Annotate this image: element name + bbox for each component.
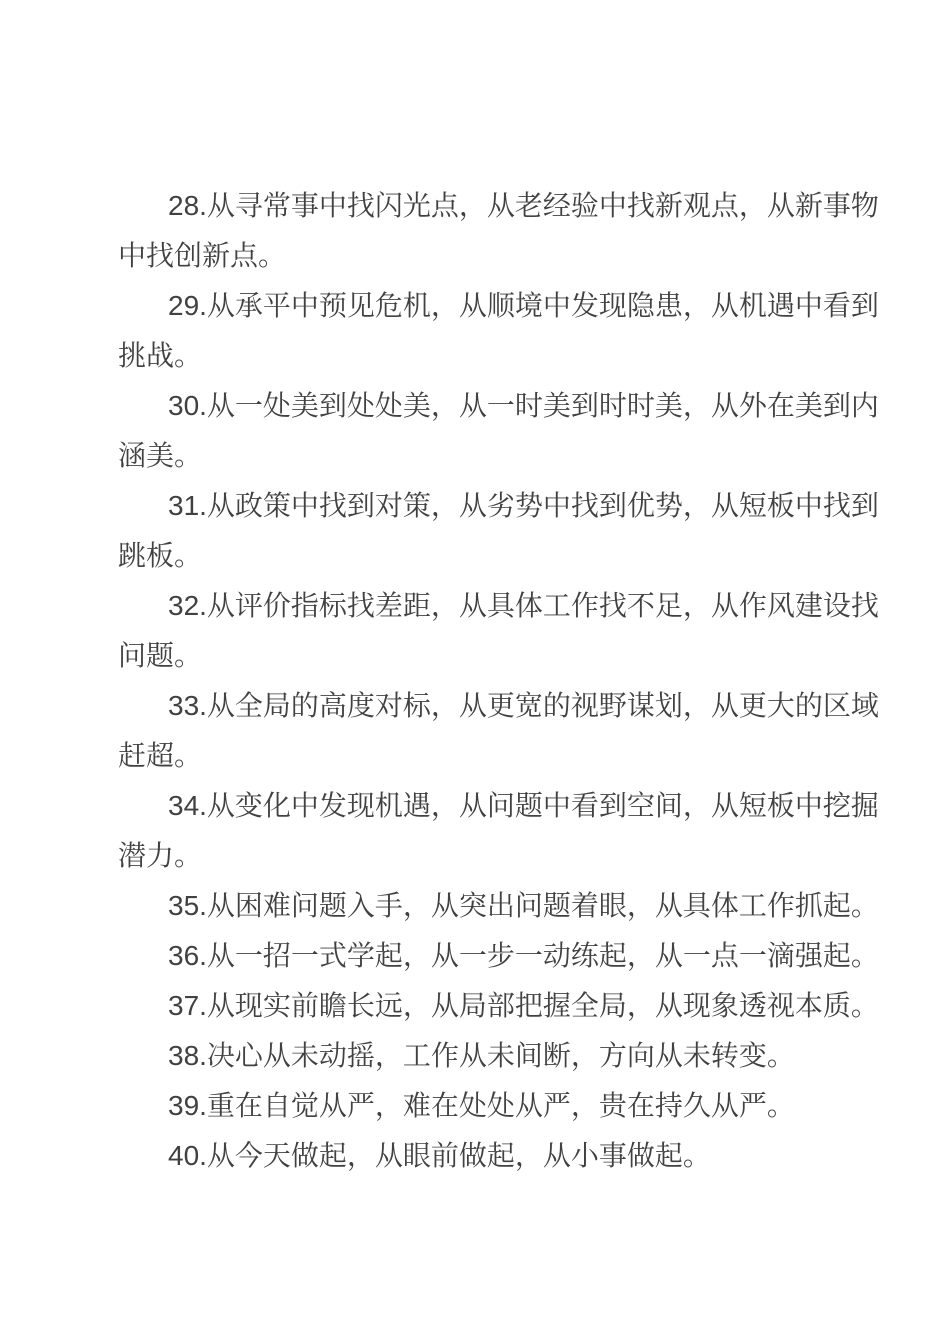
item-34-line-2: 潜力。 [118,831,862,881]
list-item-37: 37.从现实前瞻长远，从局部把握全局，从现象透视本质。 [118,981,862,1031]
list-item-39: 39.重在自觉从严，难在处处从严，贵在持久从严。 [118,1081,862,1131]
list-item-35: 35.从困难问题入手，从突出问题着眼，从具体工作抓起。 [118,881,862,931]
item-39-line-1: 39.重在自觉从严，难在处处从严，贵在持久从严。 [118,1081,862,1131]
item-29-line-1: 29.从承平中预见危机，从顺境中发现隐患，从机遇中看到 [118,281,862,331]
item-30-line-1: 30.从一处美到处处美，从一时美到时时美，从外在美到内 [118,381,862,431]
item-38-line-1: 38.决心从未动摇，工作从未间断，方向从未转变。 [118,1031,862,1081]
item-31-line-2: 跳板。 [118,531,862,581]
item-32-line-1: 32.从评价指标找差距，从具体工作找不足，从作风建设找 [118,581,862,631]
list-item-36: 36.从一招一式学起，从一步一动练起，从一点一滴强起。 [118,931,862,981]
item-37-line-1: 37.从现实前瞻长远，从局部把握全局，从现象透视本质。 [118,981,862,1031]
list-item-30: 30.从一处美到处处美，从一时美到时时美，从外在美到内 涵美。 [118,381,862,481]
item-30-line-2: 涵美。 [118,431,862,481]
list-item-33: 33.从全局的高度对标，从更宽的视野谋划，从更大的区域 赶超。 [118,681,862,781]
list-item-38: 38.决心从未动摇，工作从未间断，方向从未转变。 [118,1031,862,1081]
item-36-line-1: 36.从一招一式学起，从一步一动练起，从一点一滴强起。 [118,931,862,981]
item-33-line-2: 赶超。 [118,731,862,781]
item-35-line-1: 35.从困难问题入手，从突出问题着眼，从具体工作抓起。 [118,881,862,931]
document-page: 28.从寻常事中找闪光点，从老经验中找新观点，从新事物 中找创新点。 29.从承… [0,0,950,1344]
item-33-line-1: 33.从全局的高度对标，从更宽的视野谋划，从更大的区域 [118,681,862,731]
list-item-32: 32.从评价指标找差距，从具体工作找不足，从作风建设找 问题。 [118,581,862,681]
item-40-line-1: 40.从今天做起，从眼前做起，从小事做起。 [118,1131,862,1181]
item-28-line-2: 中找创新点。 [118,231,862,281]
document-content: 28.从寻常事中找闪光点，从老经验中找新观点，从新事物 中找创新点。 29.从承… [118,181,862,1181]
list-item-28: 28.从寻常事中找闪光点，从老经验中找新观点，从新事物 中找创新点。 [118,181,862,281]
item-31-line-1: 31.从政策中找到对策，从劣势中找到优势，从短板中找到 [118,481,862,531]
item-28-line-1: 28.从寻常事中找闪光点，从老经验中找新观点，从新事物 [118,181,862,231]
list-item-29: 29.从承平中预见危机，从顺境中发现隐患，从机遇中看到 挑战。 [118,281,862,381]
list-item-34: 34.从变化中发现机遇，从问题中看到空间，从短板中挖掘 潜力。 [118,781,862,881]
list-item-31: 31.从政策中找到对策，从劣势中找到优势，从短板中找到 跳板。 [118,481,862,581]
list-item-40: 40.从今天做起，从眼前做起，从小事做起。 [118,1131,862,1181]
item-29-line-2: 挑战。 [118,331,862,381]
item-32-line-2: 问题。 [118,631,862,681]
item-34-line-1: 34.从变化中发现机遇，从问题中看到空间，从短板中挖掘 [118,781,862,831]
